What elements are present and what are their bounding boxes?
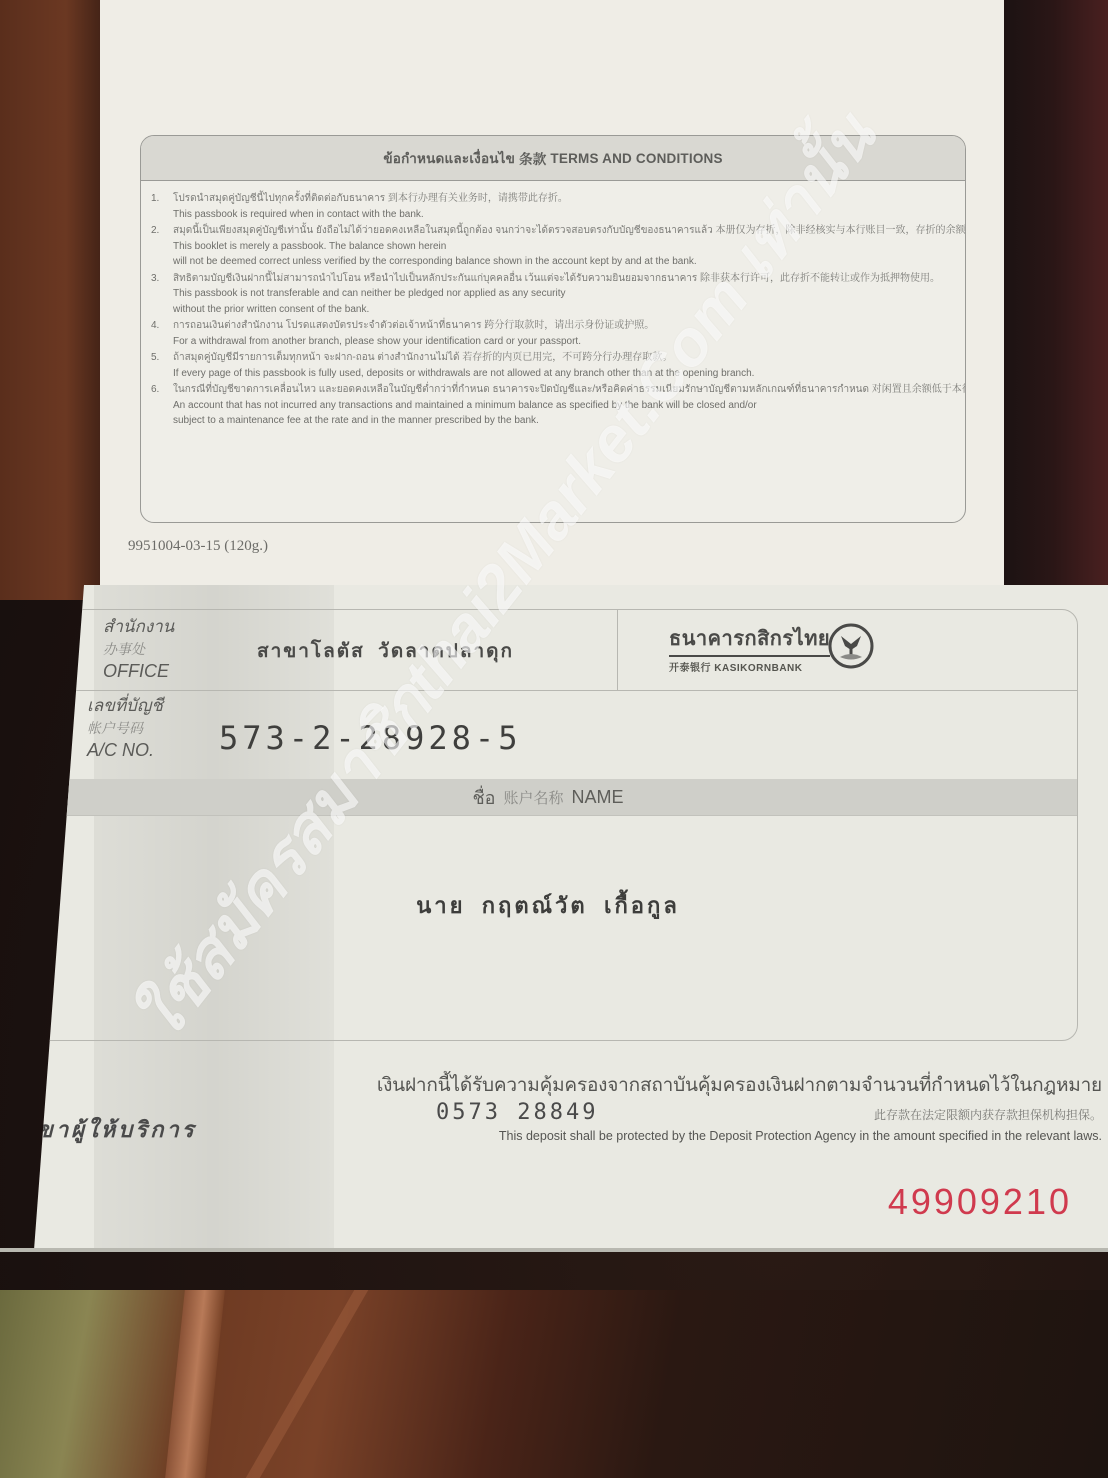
form-code: 9951004-03-15 (120g.) bbox=[128, 538, 268, 555]
office-label: สำนักงาน 办事处 OFFICE bbox=[103, 616, 174, 682]
terms-header: ข้อกำหนดและเงื่อนไข 条款 TERMS AND CONDITI… bbox=[141, 136, 965, 181]
bank-name-english: 开泰银行 KASIKORNBANK bbox=[669, 659, 830, 674]
term-thai-chinese: ในกรณีที่บัญชีขาดการเคลื่อนไหว และยอดคงเ… bbox=[173, 382, 966, 398]
term-number: 6. bbox=[151, 382, 173, 429]
protection-english: This deposit shall be protected by the D… bbox=[377, 1129, 1102, 1143]
account-info-box: สำนักงาน 办事处 OFFICE สาขาโลตัส วัดลาดปลาด… bbox=[18, 609, 1078, 1041]
term-thai-chinese: สิทธิตามบัญชีเงินฝากนี้ไม่สามารถนำไปโอน … bbox=[173, 271, 940, 287]
stamp-number: 0573 28849 bbox=[436, 1100, 598, 1125]
terms-list: 1.โปรดนำสมุดคู่บัญชีนี้ไปทุกครั้งที่ติดต… bbox=[141, 181, 965, 429]
name-label-english: NAME bbox=[572, 787, 624, 808]
term-english: will not be deemed correct unless verifi… bbox=[173, 254, 966, 270]
wood-carving bbox=[165, 1290, 225, 1478]
term-body: ถ้าสมุดคู่บัญชีมีรายการเต็มทุกหน้า จะฝาก… bbox=[173, 350, 754, 381]
term-body: สิทธิตามบัญชีเงินฝากนี้ไม่สามารถนำไปโอน … bbox=[173, 271, 940, 318]
term-item: 3.สิทธิตามบัญชีเงินฝากนี้ไม่สามารถนำไปโอ… bbox=[151, 271, 945, 318]
terms-title-thai: ข้อกำหนดและเงื่อนไข bbox=[383, 147, 515, 169]
branch-stamp: สาขาผู้ให้บริการ bbox=[6, 1112, 197, 1147]
kasikornbank-emblem-icon bbox=[827, 622, 875, 670]
background-wood-bottom bbox=[0, 1290, 1108, 1478]
account-number: 573-2-28928-5 bbox=[219, 719, 521, 757]
term-item: 1.โปรดนำสมุดคู่บัญชีนี้ไปทุกครั้งที่ติดต… bbox=[151, 191, 945, 222]
terms-title-chinese: 条款 bbox=[519, 148, 546, 168]
term-body: สมุดนี้เป็นเพียงสมุดคู่บัญชีเท่านั้น ยัง… bbox=[173, 223, 966, 270]
protection-thai: เงินฝากนี้ได้รับความคุ้มครองจากสถาบันคุ้… bbox=[377, 1070, 1102, 1100]
divider bbox=[617, 610, 618, 690]
serial-number: 49909210 bbox=[888, 1181, 1072, 1223]
term-english: An account that has not incurred any tra… bbox=[173, 398, 966, 414]
background-wood-left bbox=[0, 0, 110, 600]
term-english: This booklet is merely a passbook. The b… bbox=[173, 239, 966, 255]
term-number: 2. bbox=[151, 223, 173, 270]
office-row: สำนักงาน 办事处 OFFICE สาขาโลตัส วัดลาดปลาด… bbox=[19, 610, 1077, 691]
wood-bevel bbox=[246, 1290, 369, 1478]
passbook-lower-page: สำนักงาน 办事处 OFFICE สาขาโลตัส วัดลาดปลาด… bbox=[34, 585, 1108, 1250]
term-body: โปรดนำสมุดคู่บัญชีนี้ไปทุกครั้งที่ติดต่อ… bbox=[173, 191, 568, 222]
term-body: การถอนเงินต่างสำนักงาน โปรดแสดงบัตรประจำ… bbox=[173, 318, 654, 349]
page-edge bbox=[0, 1248, 1108, 1252]
name-label-chinese: 账户名称 bbox=[504, 787, 564, 808]
background-dark-right bbox=[998, 0, 1108, 600]
term-number: 4. bbox=[151, 318, 173, 349]
term-thai-chinese: การถอนเงินต่างสำนักงาน โปรดแสดงบัตรประจำ… bbox=[173, 318, 654, 334]
term-item: 6.ในกรณีที่บัญชีขาดการเคลื่อนไหว และยอดค… bbox=[151, 382, 945, 429]
term-number: 1. bbox=[151, 191, 173, 222]
office-branch-name: สาขาโลตัส วัดลาดปลาดุก bbox=[257, 636, 514, 666]
name-label-thai: ชื่อ bbox=[472, 783, 495, 812]
term-body: ในกรณีที่บัญชีขาดการเคลื่อนไหว และยอดคงเ… bbox=[173, 382, 966, 429]
term-english: This passbook is not transferable and ca… bbox=[173, 286, 940, 302]
term-english: This passbook is required when in contac… bbox=[173, 207, 568, 223]
account-number-label: เลขที่บัญชี 帐户号码 A/C NO. bbox=[87, 695, 163, 761]
term-item: 4.การถอนเงินต่างสำนักงาน โปรดแสดงบัตรประ… bbox=[151, 318, 945, 349]
term-number: 3. bbox=[151, 271, 173, 318]
terms-and-conditions-box: ข้อกำหนดและเงื่อนไข 条款 TERMS AND CONDITI… bbox=[140, 135, 966, 523]
term-thai-chinese: โปรดนำสมุดคู่บัญชีนี้ไปทุกครั้งที่ติดต่อ… bbox=[173, 191, 568, 207]
term-thai-chinese: สมุดนี้เป็นเพียงสมุดคู่บัญชีเท่านั้น ยัง… bbox=[173, 223, 966, 239]
name-header-row: ชื่อ 账户名称 NAME bbox=[19, 779, 1077, 816]
bank-logo: ธนาคารกสิกรไทย 开泰银行 KASIKORNBANK bbox=[669, 622, 830, 674]
bank-name-thai: ธนาคารกสิกรไทย bbox=[669, 622, 830, 657]
passbook-upper-page: ข้อกำหนดและเงื่อนไข 条款 TERMS AND CONDITI… bbox=[100, 0, 1004, 600]
term-english: If every page of this passbook is fully … bbox=[173, 366, 754, 382]
term-item: 2.สมุดนี้เป็นเพียงสมุดคู่บัญชีเท่านั้น ย… bbox=[151, 223, 945, 270]
terms-title-english: TERMS AND CONDITIONS bbox=[550, 151, 722, 166]
term-english: For a withdrawal from another branch, pl… bbox=[173, 334, 654, 350]
term-thai-chinese: ถ้าสมุดคู่บัญชีมีรายการเต็มทุกหน้า จะฝาก… bbox=[173, 350, 754, 366]
account-holder-name: นาย กฤตณ์วัต เกื้อกูล bbox=[19, 888, 1077, 923]
term-item: 5.ถ้าสมุดคู่บัญชีมีรายการเต็มทุกหน้า จะฝ… bbox=[151, 350, 945, 381]
term-english: subject to a maintenance fee at the rate… bbox=[173, 413, 966, 429]
term-number: 5. bbox=[151, 350, 173, 381]
account-number-row: เลขที่บัญชี 帐户号码 A/C NO. 573-2-28928-5 bbox=[19, 691, 1077, 779]
term-english: without the prior written consent of the… bbox=[173, 302, 940, 318]
